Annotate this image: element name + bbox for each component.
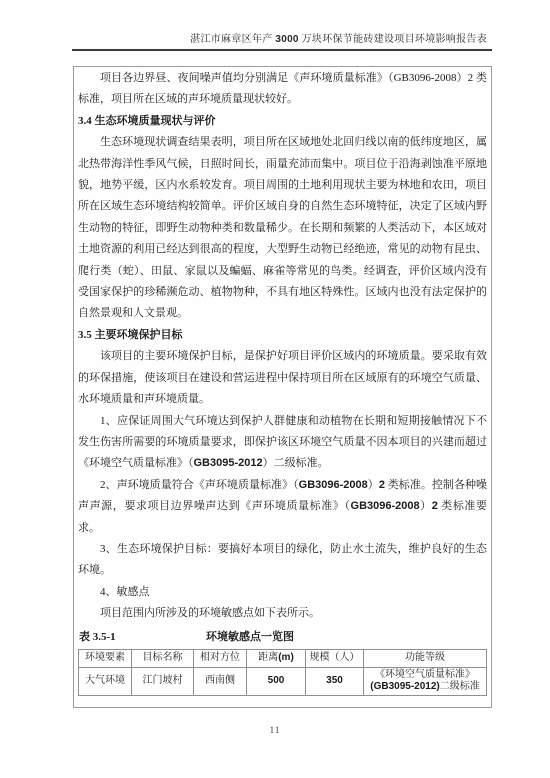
text-run: 江门坡村 <box>143 675 183 686</box>
number-text: 350 <box>326 675 343 686</box>
column-header: 规模（人） <box>306 649 364 667</box>
text-run: ） <box>368 479 379 491</box>
text-run: 规模（人） <box>310 652 360 663</box>
text-run: 西南侧 <box>205 675 235 686</box>
paragraph: 生态环境现状调查结果表明，项目所在区域地处北回归线以南的低纬度地区，属北热带海洋… <box>78 132 487 325</box>
text-run: 相对方位 <box>200 652 240 663</box>
header-title: 湛江市麻章区年产 3000 万块环保节能砖建设项目环境影响报告表 <box>0 33 487 46</box>
number-text: GB3096-2008 <box>351 500 420 512</box>
column-header: 环境要素 <box>79 649 132 667</box>
text-run: 项目范围内所涉及的环境敏感点如下表所示。 <box>100 607 320 619</box>
table-body: 大气环境江门坡村西南侧500350《环境空气质量标准》 (GB3095-2012… <box>79 667 487 695</box>
table-cell: 350 <box>306 667 364 695</box>
paragraph: 3、生态环境保护目标：要搞好本项目的绿化，防止水土流失，维护良好的生态环境。 <box>78 539 487 582</box>
text-run: 3、生态环境保护目标：要搞好本项目的绿化，防止水土流失，维护良好的生态环境。 <box>78 543 487 576</box>
text-run: 生态环境现状调查结果表明，项目所在区域地处北回归线以南的低纬度地区，属北热带海洋… <box>78 136 487 319</box>
text-run: 项目各边界昼、夜间噪声值均分别满足《声环境质量标准》（GB3096-2008）2… <box>78 72 487 105</box>
column-header: 距离(m) <box>247 649 306 667</box>
section-heading: 3.5 主要环境保护目标 <box>78 325 487 346</box>
number-text: GB3095-2012 <box>194 457 263 469</box>
paragraph: 2、声环境质量符合《声环境质量标准》（GB3096-2008）2 类标准。控制各… <box>78 475 487 539</box>
text-run: 环境要素 <box>85 652 125 663</box>
text-run: ）二级标准。 <box>263 457 329 469</box>
column-header: 目标名称 <box>132 649 194 667</box>
text-run: 目标名称 <box>143 652 183 663</box>
document-page: 湛江市麻章区年产 3000 万块环保节能砖建设项目环境影响报告表 项目各边界昼、… <box>0 0 550 778</box>
paragraph: 该项目的主要环境保护目标，是保护好项目评价区域内的环境质量。要采取有效的环保措施… <box>78 346 487 410</box>
text-run: 湛江市麻章区年产 <box>190 34 275 45</box>
paragraph: 项目各边界昼、夜间噪声值均分别满足《声环境质量标准》（GB3096-2008）2… <box>78 68 487 111</box>
paragraph: 4、敏感点 <box>78 582 487 603</box>
table-caption: 表 3.5-1 环境敏感点一览图 <box>78 627 487 648</box>
table-caption-title: 环境敏感点一览图 <box>78 627 422 648</box>
text-run: 二级标准 <box>440 681 480 692</box>
text-run: 功能等级 <box>405 652 445 663</box>
text-run: 4、敏感点 <box>100 586 150 598</box>
paragraph: 项目范围内所涉及的环境敏感点如下表所示。 <box>78 603 487 624</box>
text-run: 大气环境 <box>85 675 125 686</box>
text-run: 距离 <box>258 652 278 663</box>
table-cell: 西南侧 <box>194 667 247 695</box>
number-text: 500 <box>268 675 285 686</box>
sensitive-points-table: 环境要素目标名称相对方位距离(m)规模（人）功能等级 大气环境江门坡村西南侧50… <box>78 649 487 696</box>
number-text: 3000 <box>275 34 298 45</box>
report-content-box: 项目各边界昼、夜间噪声值均分别满足《声环境质量标准》（GB3096-2008）2… <box>73 66 492 708</box>
paragraph: 1、应保证周围大气环境达到保护人群健康和动植物在长期和短期接触情况下不发生伤害所… <box>78 411 487 475</box>
text-run: 3.5 主要环境保护目标 <box>78 329 183 341</box>
table-cell: 江门坡村 <box>132 667 194 695</box>
number-text: (GB3095-2012) <box>370 681 439 692</box>
section-heading: 3.4 生态环境质量现状与评价 <box>78 111 487 132</box>
page-number: 11 <box>0 725 550 735</box>
table-header-row: 环境要素目标名称相对方位距离(m)规模（人）功能等级 <box>79 649 487 667</box>
text-run: 《环境空气质量标准》 <box>375 669 475 680</box>
text-run: 3.4 生态环境质量现状与评价 <box>78 115 216 127</box>
table-row: 大气环境江门坡村西南侧500350《环境空气质量标准》 (GB3095-2012… <box>79 667 487 695</box>
number-text: GB3096-2008 <box>299 479 368 491</box>
header-rule <box>72 49 492 51</box>
text-run: 2、声环境质量符合《声环境质量标准》（ <box>100 479 299 491</box>
table-cell: 500 <box>247 667 306 695</box>
table-cell: 《环境空气质量标准》 (GB3095-2012)二级标准 <box>364 667 487 695</box>
number-text: (m) <box>278 652 294 663</box>
text-run: ） <box>420 500 432 512</box>
report-body: 项目各边界昼、夜间噪声值均分别满足《声环境质量标准》（GB3096-2008）2… <box>78 68 487 625</box>
table-cell: 大气环境 <box>79 667 132 695</box>
column-header: 功能等级 <box>364 649 487 667</box>
text-run: 万块环保节能砖建设项目环境影响报告表 <box>299 34 487 45</box>
column-header: 相对方位 <box>194 649 247 667</box>
text-run: 该项目的主要环境保护目标，是保护好项目评价区域内的环境质量。要采取有效的环保措施… <box>78 350 487 405</box>
